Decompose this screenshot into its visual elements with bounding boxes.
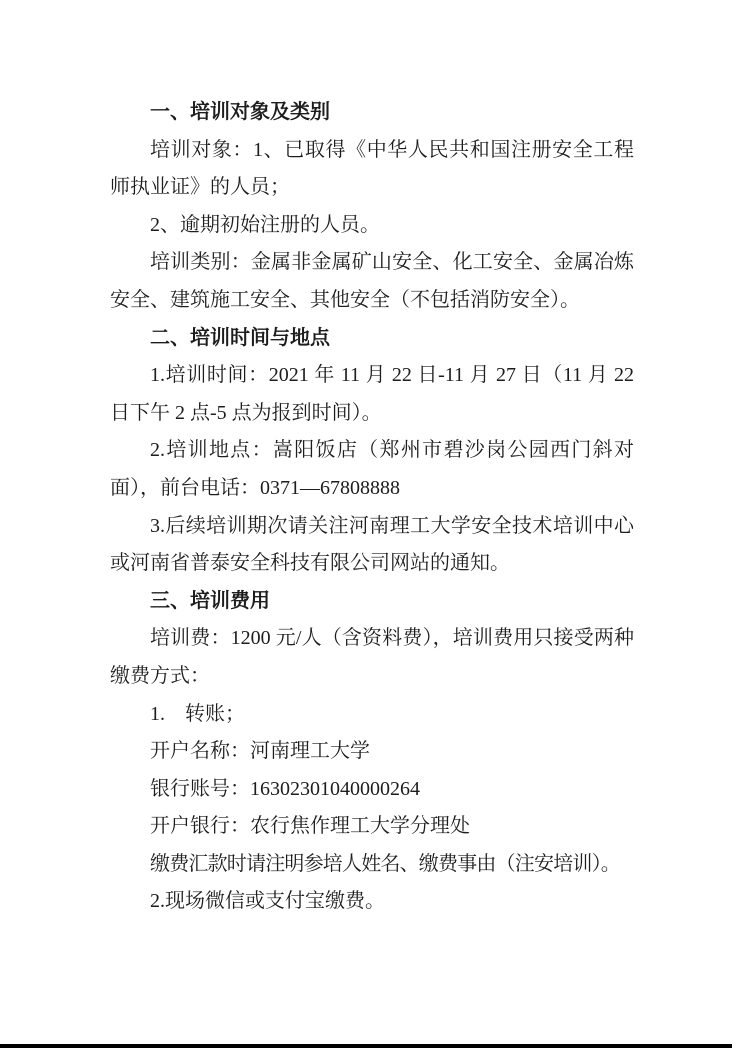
para-payment-method-onsite: 2.现场微信或支付宝缴费。: [110, 883, 634, 921]
section-heading-time-location: 二、培训时间与地点: [110, 320, 634, 358]
para-training-time: 1.培训时间：2021 年 11 月 22 日-11 月 27 日（11 月 2…: [110, 357, 634, 432]
para-training-fee: 培训费：1200 元/人（含资料费），培训费用只接受两种缴费方式：: [110, 620, 634, 695]
section-heading-training-fee: 三、培训费用: [110, 583, 634, 621]
page-bottom-rule: [0, 1044, 732, 1048]
para-training-targets: 培训对象：1、已取得《中华人民共和国注册安全工程师执业证》的人员；: [110, 132, 634, 207]
document-page: 一、培训对象及类别 培训对象：1、已取得《中华人民共和国注册安全工程师执业证》的…: [0, 0, 744, 1053]
document-content: 一、培训对象及类别 培训对象：1、已取得《中华人民共和国注册安全工程师执业证》的…: [110, 94, 634, 921]
para-payment-method-transfer: 1. 转账；: [110, 696, 634, 734]
para-followup-notice: 3.后续培训期次请关注河南理工大学安全技术培训中心或河南省普泰安全科技有限公司网…: [110, 508, 634, 583]
section-heading-training-targets: 一、培训对象及类别: [110, 94, 634, 132]
para-training-location: 2.培训地点：嵩阳饭店（郑州市碧沙岗公园西门斜对面），前台电话：0371—678…: [110, 432, 634, 507]
para-remittance-note: 缴费汇款时请注明参培人姓名、缴费事由（注安培训）。: [110, 846, 634, 884]
para-overdue-registration: 2、逾期初始注册的人员。: [110, 207, 634, 245]
para-account-name: 开户名称：河南理工大学: [110, 733, 634, 771]
para-bank-branch: 开户银行：农行焦作理工大学分理处: [110, 808, 634, 846]
para-training-categories: 培训类别：金属非金属矿山安全、化工安全、金属冶炼安全、建筑施工安全、其他安全（不…: [110, 244, 634, 319]
para-account-number: 银行账号：16302301040000264: [110, 771, 634, 809]
